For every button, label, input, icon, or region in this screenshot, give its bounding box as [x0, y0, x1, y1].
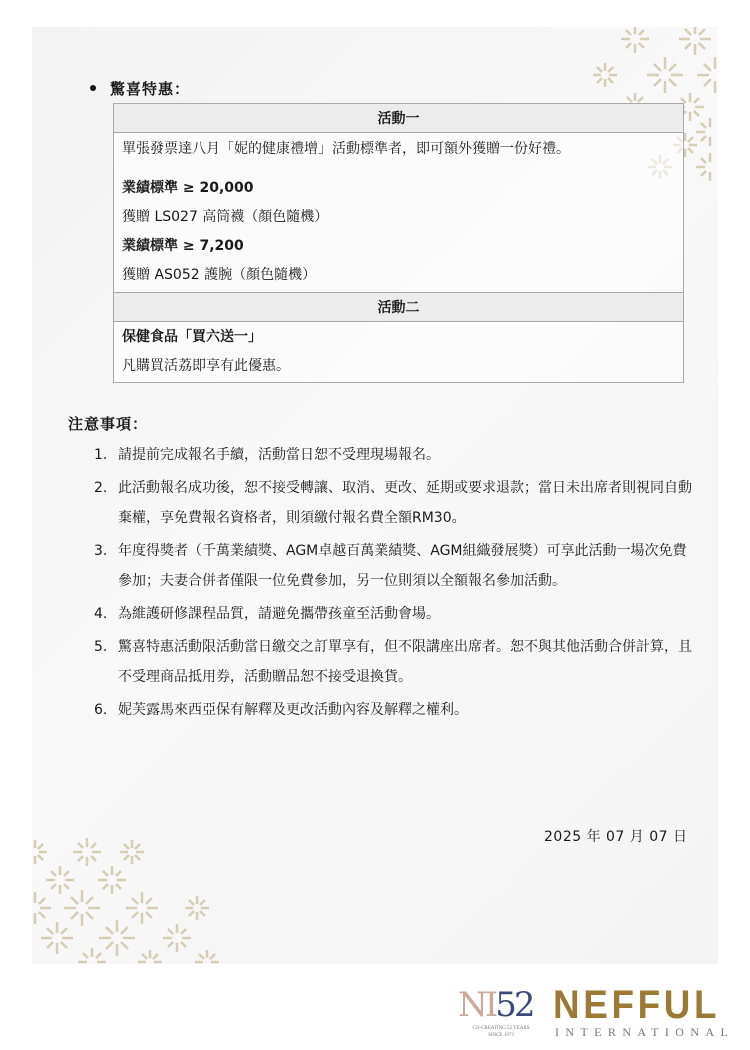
notes-heading: 注意事項： — [68, 413, 148, 434]
note-item: 1.請提前完成報名手續，活動當日恕不受理現場報名。 — [94, 440, 694, 470]
note-item: 3.年度得獎者（千萬業績獎、AGM卓越百萬業績獎、AGM組織發展獎）可享此活動一… — [94, 536, 694, 596]
activity1-title: 活動一 — [114, 104, 684, 133]
tier-gift: 獲贈 AS052 護腕（顏色隨機） — [122, 261, 675, 290]
footer-logo: NI52 CO-CREATING 52 YEARSSINCE 1973 NEFF… — [458, 985, 723, 1040]
notes-list: 1.請提前完成報名手續，活動當日恕不受理現場報名。 2.此活動報名成功後，恕不接… — [94, 440, 694, 728]
activity1-body-row: 單張發票達八月「妮的健康禮增」活動標準者，即可額外獲贈一份好禮。 業績標準 ≥ … — [114, 133, 684, 293]
activity2-description: 凡購買活荔即享有此優惠。 — [122, 352, 675, 381]
n52-tagline: CO-CREATING 52 YEARSSINCE 1973 — [458, 1025, 544, 1039]
note-item: 4.為維護研修課程品質，請避免攜帶孩童至活動會場。 — [94, 599, 694, 629]
tier-standard: 業績標準 ≥ 7,200 — [122, 232, 675, 261]
activity1-description: 單張發票達八月「妮的健康禮增」活動標準者，即可額外獲贈一份好禮。 — [122, 135, 675, 164]
document-date: 2025 年 07 月 07 日 — [544, 826, 688, 846]
activity2-header-row: 活動二 — [114, 293, 684, 322]
bullet-icon — [90, 85, 96, 91]
tier-standard: 業績標準 ≥ 20,000 — [122, 174, 675, 203]
tier-gift: 獲贈 LS027 高筒襪（顏色隨機） — [122, 203, 675, 232]
n52-anniversary-logo: NI52 — [458, 985, 532, 1025]
note-item: 2.此活動報名成功後，恕不接受轉讓、取消、更改、延期或要求退款；當日未出席者則視… — [94, 473, 694, 533]
promo-table: 活動一 單張發票達八月「妮的健康禮增」活動標準者，即可額外獲贈一份好禮。 業績標… — [113, 103, 684, 383]
note-item: 5.驚喜特惠活動限活動當日繳交之訂單享有，但不限講座出席者。恕不與其他活動合併計… — [94, 632, 694, 692]
activity2-offer: 保健食品「買六送一」 — [122, 323, 675, 352]
activity2-title: 活動二 — [114, 293, 684, 322]
note-item: 6.妮芙露馬來西亞保有解釋及更改活動內容及解釋之權利。 — [94, 695, 694, 725]
nefful-brand-logo: NEFFUL — [553, 983, 720, 1028]
surprise-offer-heading: 驚喜特惠： — [90, 78, 190, 99]
activity1-header-row: 活動一 — [114, 104, 684, 133]
nefful-brand-subtitle: INTERNATIONAL — [555, 1025, 734, 1040]
activity2-body-row: 保健食品「買六送一」 凡購買活荔即享有此優惠。 — [114, 322, 684, 383]
